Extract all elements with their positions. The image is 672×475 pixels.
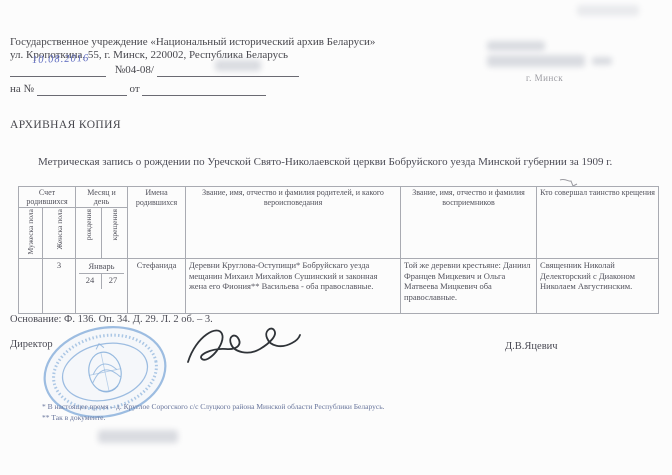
signature (178, 318, 308, 378)
incoming-prefix: на № (10, 83, 34, 95)
signer-name: Д.В.Яцевич (505, 341, 558, 352)
header-female-label: Женска пола (55, 209, 64, 249)
metric-record-table: Счет родившихся Месяц и день Имена родив… (18, 186, 659, 314)
cell-birth-day: 24 (79, 274, 102, 289)
header-birth-label: рождения (84, 209, 93, 240)
cell-godparents: Той же деревни крестьяне: Даниил Францев… (401, 259, 537, 314)
header-birth-count-group: Счет родившихся (19, 187, 76, 208)
cell-baptism-day: 27 (102, 274, 124, 289)
redaction-blur (487, 41, 545, 51)
cell-name: Стефанида (128, 259, 186, 314)
redaction-blur (98, 430, 178, 443)
from-date-blank (142, 83, 266, 96)
footnote-1: * В настоящее время – д. Круглое Сорогск… (42, 401, 385, 412)
footnotes: * В настоящее время – д. Круглое Сорогск… (42, 401, 385, 423)
ref-number-blank-line (157, 64, 299, 77)
header-month-day-group: Месяц и день (76, 187, 128, 208)
document-title: АРХИВНАЯ КОПИЯ (10, 119, 121, 131)
cell-month-days: Январь 24 27 (76, 259, 128, 314)
cell-month: Январь (79, 260, 124, 274)
header-names: Имена родившихся (128, 187, 186, 259)
scanned-document: Государственное учреждение «Национальный… (0, 0, 672, 475)
record-intro: Метрическая запись о рождении по Уречско… (10, 155, 658, 169)
cell-officiant: Священник Николай Делекторский с Диаконо… (537, 259, 659, 314)
header-group-row: Счет родившихся Месяц и день Имена родив… (19, 187, 659, 208)
date-blank-line: 10.08.2016 (10, 64, 106, 77)
header-female: Женска пола (43, 208, 76, 259)
incoming-number-blank (37, 83, 127, 96)
header-officiant: Кто совершал таинство крещения (537, 187, 659, 259)
letterhead: Государственное учреждение «Национальный… (10, 36, 480, 98)
redaction-blur (577, 5, 639, 16)
footnote-2: ** Так в документе. (42, 412, 385, 423)
header-godparents: Звание, имя, отчество и фамилия восприем… (401, 187, 537, 259)
header-parents: Звание, имя, отчество и фамилия родителе… (186, 187, 401, 259)
header-male-label: Мужеска пола (26, 209, 35, 255)
redaction-blur (215, 60, 261, 71)
header-baptism-day: крещения (102, 208, 128, 259)
header-male: Мужеска пола (19, 208, 43, 259)
cell-male-count (19, 259, 43, 314)
reference-line: 10.08.2016 №04-08/ (10, 64, 480, 80)
redaction-blur (592, 57, 612, 65)
org-name: Государственное учреждение «Национальный… (10, 36, 480, 49)
city-label: г. Минск (526, 73, 563, 83)
from-label: от (130, 83, 140, 95)
cell-female-count: 3 (43, 259, 76, 314)
header-baptism-label: крещения (110, 209, 119, 240)
redaction-blur (487, 55, 585, 67)
header-birth-day: рождения (76, 208, 102, 259)
ref-number-prefix: №04-08/ (115, 64, 154, 76)
table-row: 3 Январь 24 27 Стефанида Деревни Круглов… (19, 259, 659, 314)
incoming-reference-line: на № от (10, 83, 480, 98)
handwritten-date: 10.08.2016 (32, 52, 90, 67)
cell-parents: Деревни Круглова-Оступищи* Бобруйскаго у… (186, 259, 401, 314)
